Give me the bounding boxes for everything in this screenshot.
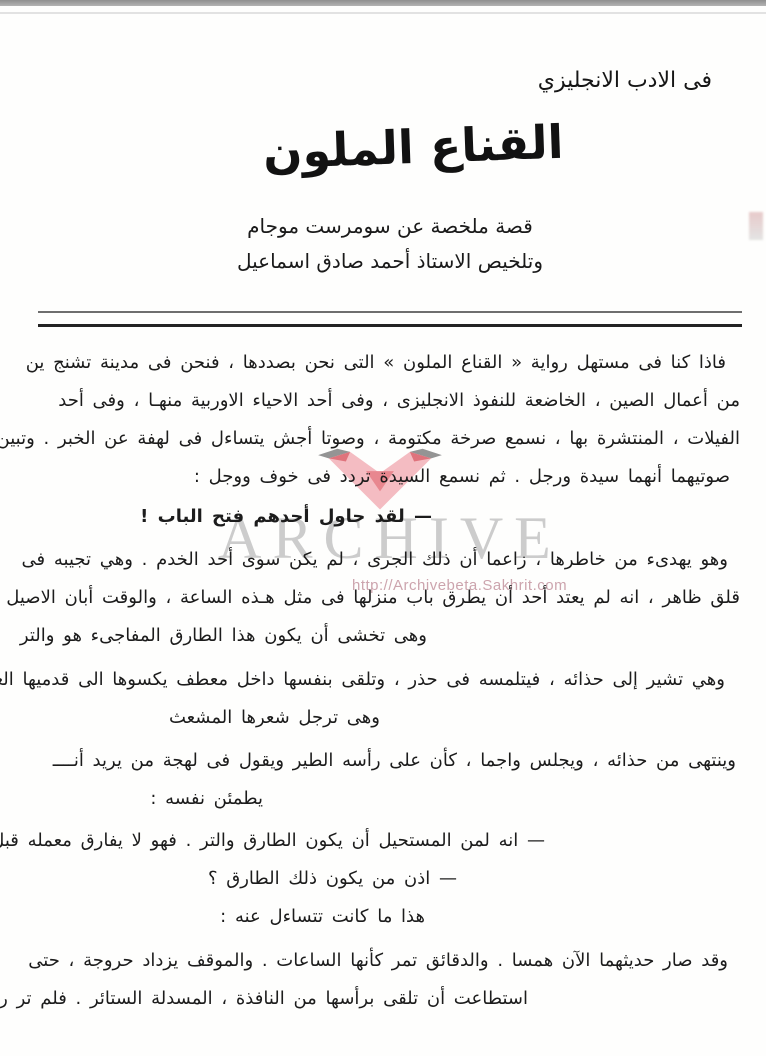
edge-stamp <box>749 212 763 240</box>
text-line: وهو يهدىء من خاطرها ، زاعما أن ذلك الجرى… <box>40 541 728 579</box>
text-line: قلق ظاهر ، انه لم يعتد أحد أن يطرق باب م… <box>40 579 740 617</box>
text-line: وهى تخشى أن يكون هذا الطارق المفاجىء هو … <box>40 617 427 655</box>
subtitle-author: وتلخيص الاستاذ أحمد صادق اسماعيل <box>40 249 740 273</box>
text-line: وهي تشير إلى حذائه ، فيتلمسه فى حذر ، وت… <box>40 661 725 699</box>
text-line: — لقد حاول أحدهم فتح الباب ! <box>40 498 432 536</box>
text-line: من أعمال الصين ، الخاضعة للنفوذ الانجليز… <box>40 382 740 420</box>
text-line: وهى ترجل شعرها المشعث <box>40 699 380 737</box>
section-label: فى الادب الانجليزي <box>538 68 712 93</box>
text-line: هذا ما كانت تتساءل عنه : <box>40 898 425 936</box>
text-line: يطمئن نفسه : <box>40 780 263 818</box>
text-line: — انه لمن المستحيل أن يكون الطارق والتر … <box>40 822 545 860</box>
text-line: استطاعت أن تلقى برأسها من النافذة ، المس… <box>40 980 528 1018</box>
text-line: — اذن من يكون ذلك الطارق ؟ <box>40 860 457 898</box>
text-line: صوتيهما أنهما سيدة ورجل . ثم نسمع السيدة… <box>40 458 730 496</box>
divider-rule-thin <box>38 311 742 313</box>
body-text: فاذا كنا فى مستهل رواية « القناع الملون … <box>40 344 740 1018</box>
subtitle-story-source: قصة ملخصة عن سومرست موجام <box>40 214 740 238</box>
page-title: القناع الملون <box>262 115 564 179</box>
text-line: فاذا كنا فى مستهل رواية « القناع الملون … <box>40 344 726 382</box>
text-line: وقد صار حديثهما الآن همسا . والدقائق تمر… <box>40 942 728 980</box>
divider-rule-thick <box>38 324 742 327</box>
text-line: وينتهى من حذائه ، ويجلس واجما ، كأن على … <box>40 742 736 780</box>
scan-top-faint-line <box>0 12 766 14</box>
scanned-page: ARCHIVE http://Archivebeta.Sakhrit.com ف… <box>0 0 766 1056</box>
text-line: الفيلات ، المنتشرة بها ، نسمع صرخة مكتوم… <box>40 420 740 458</box>
title-wrap: القناع الملون <box>40 120 740 174</box>
scan-top-edge <box>0 0 766 6</box>
